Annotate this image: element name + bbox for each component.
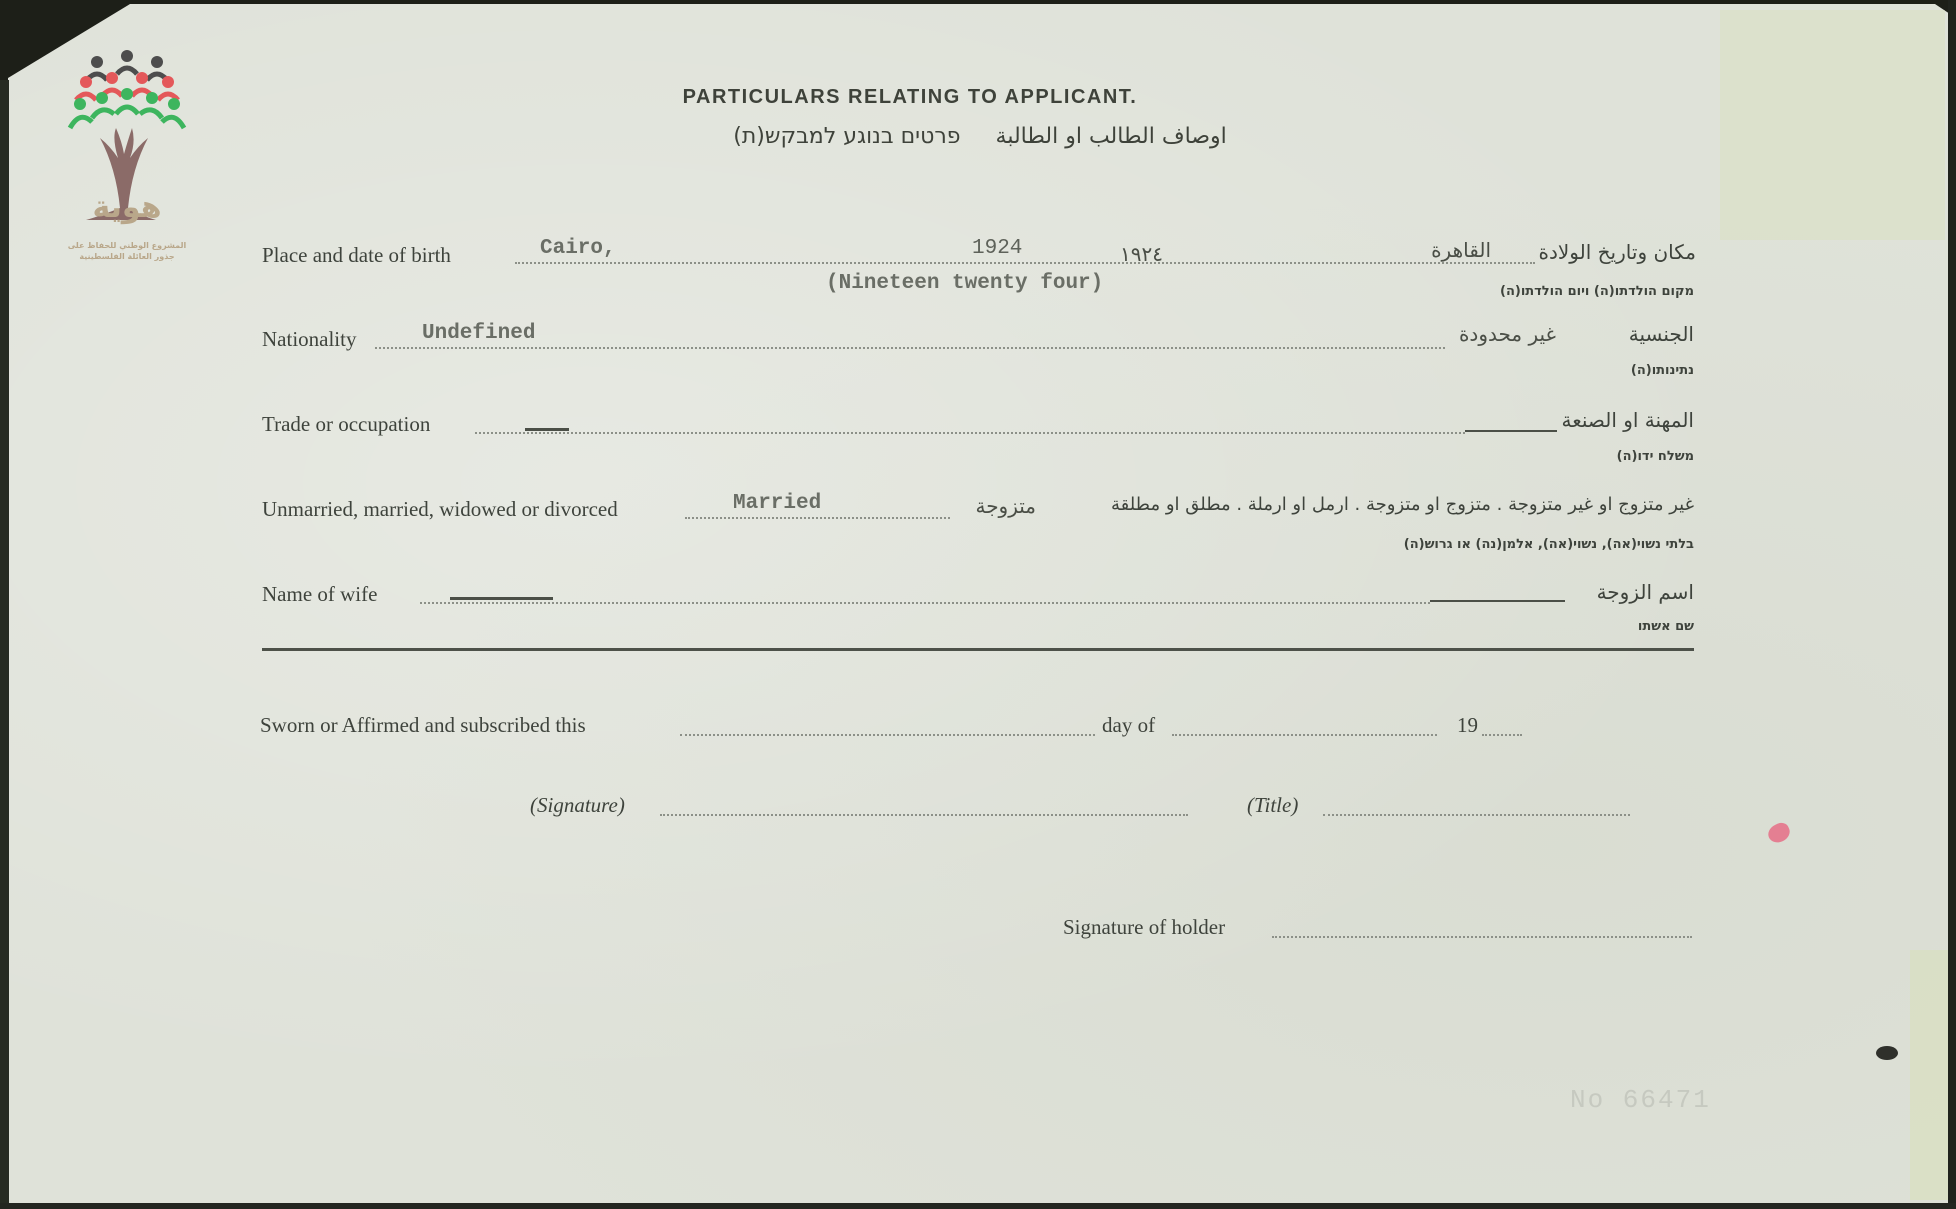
subtitle-hebrew: פרטים בנוגע למבקש(ת) <box>733 124 960 149</box>
occupation-value-dash <box>525 428 569 431</box>
scan-edge-bottom <box>0 1203 1956 1209</box>
wife-value-dash <box>450 597 553 600</box>
wife-label-hebrew: שם אשתו <box>1638 619 1694 634</box>
marital-dotted-line <box>685 517 950 519</box>
scan-edge-left <box>0 80 9 1209</box>
birth-year-words: (Nineteen twenty four) <box>826 272 1103 295</box>
marital-label-arabic: غير متزوج او غير متزوجة . متزوج او متزوج… <box>1111 494 1694 515</box>
birth-place-value: Cairo, <box>540 237 616 260</box>
holder-signature-label: Signature of holder <box>1063 915 1225 940</box>
nationality-label-arabic: الجنسية <box>1629 322 1694 346</box>
wife-dotted-line <box>420 602 1430 604</box>
birth-place-arabic: القاهرة <box>1431 238 1491 262</box>
sworn-year-line[interactable] <box>1482 734 1522 736</box>
birth-label-arabic: مكان وتاريخ الولادة <box>1539 240 1696 264</box>
year-prefix-label: 19 <box>1457 713 1478 738</box>
occupation-value-arabic-dash <box>1465 430 1557 432</box>
occupation-label-hebrew: משלח ידו(ה) <box>1617 449 1694 464</box>
sworn-label: Sworn or Affirmed and subscribed this <box>260 713 586 738</box>
title-line[interactable] <box>1323 814 1630 816</box>
ink-dot <box>1876 1046 1898 1060</box>
birth-dotted-line <box>515 262 1535 264</box>
birth-year-arabic: ١٩٢٤ <box>1120 242 1163 266</box>
nationality-value-arabic: غير محدودة <box>1459 322 1556 346</box>
sworn-month-line[interactable] <box>1172 734 1437 736</box>
marital-value-arabic: متزوجة <box>975 494 1036 518</box>
paper-tint <box>1910 950 1948 1200</box>
signature-line[interactable] <box>660 814 1188 816</box>
logo-tagline: المشروع الوطني للحفاظ على جذور العائلة ا… <box>58 240 196 262</box>
occupation-label: Trade or occupation <box>262 412 430 437</box>
title-label: (Title) <box>1247 793 1298 818</box>
wife-label: Name of wife <box>262 582 377 607</box>
page-title: PARTICULARS RELATING TO APPLICANT. <box>660 86 1160 109</box>
birth-year-value: 1924 <box>972 237 1022 260</box>
page-subtitle: اوصاف الطالب او الطالبة פרטים בנוגע למבק… <box>700 124 1260 149</box>
nationality-label-hebrew: נתינותו(ה) <box>1631 363 1694 378</box>
scan-edge-right <box>1948 0 1956 1209</box>
nationality-value: Undefined <box>422 322 535 345</box>
logo-tagline-line2: جذور العائلة الفلسطينية <box>58 251 196 262</box>
subtitle-arabic: اوصاف الطالب او الطالبة <box>996 124 1227 149</box>
marital-label-hebrew: בלתי נשוי(אה), נשוי(אה), אלמן(נה) או גרו… <box>1404 537 1694 552</box>
nationality-dotted-line <box>375 347 1445 349</box>
marital-value: Married <box>733 492 821 515</box>
faint-stamp-number: No 66471 <box>1570 1085 1711 1115</box>
birth-label: Place and date of birth <box>262 243 451 268</box>
logo-wordmark: هوية <box>62 190 192 225</box>
logo-tagline-line1: المشروع الوطني للحفاظ على <box>58 240 196 251</box>
nationality-label: Nationality <box>262 327 356 352</box>
paper-tint <box>1720 10 1945 240</box>
marital-label: Unmarried, married, widowed or divorced <box>262 497 618 522</box>
occupation-dotted-line <box>475 432 1465 434</box>
birth-label-hebrew: מקום הולדתו(ה) ויום הולדתו(ה) <box>1500 284 1694 299</box>
wife-value-arabic-dash <box>1430 600 1565 602</box>
signature-label: (Signature) <box>530 793 625 818</box>
holder-signature-line[interactable] <box>1272 936 1692 938</box>
occupation-label-arabic: المهنة او الصنعة <box>1561 408 1694 432</box>
sworn-day-line[interactable] <box>680 734 1095 736</box>
section-divider <box>262 648 1694 651</box>
day-of-label: day of <box>1102 713 1155 738</box>
wife-label-arabic: اسم الزوجة <box>1597 580 1694 604</box>
